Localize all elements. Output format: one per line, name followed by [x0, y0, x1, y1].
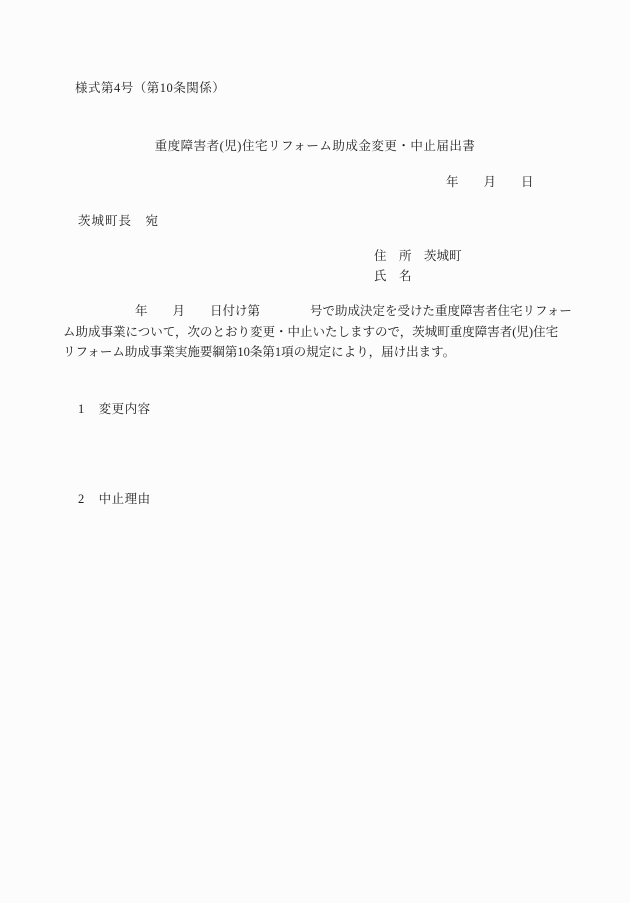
body-line-3: リフォーム助成事業実施要綱第10条第1項の規定により，届け出ます。 [63, 342, 575, 363]
body-line-2: ム助成事業について，次のとおり変更・中止いたしますので，茨城町重度障害者(児)住… [63, 322, 575, 343]
section-1-heading: 変更内容 [99, 402, 151, 416]
body-line-1: 年 月 日付け第 号で助成決定を受けた重度障害者住宅リフォー [63, 301, 575, 322]
body-paragraph: 年 月 日付け第 号で助成決定を受けた重度障害者住宅リフォー ム助成事業について… [63, 301, 575, 363]
section-2-number: 2 [78, 492, 95, 507]
addressee-line: 茨城町長 宛 [78, 211, 159, 229]
document-page: 様式第4号（第10条関係） 重度障害者(児)住宅リフォーム助成金変更・中止届出書… [0, 0, 630, 903]
applicant-name-line: 氏 名 [374, 266, 462, 286]
form-number: 様式第4号（第10条関係） [75, 78, 225, 96]
section-2-heading: 中止理由 [99, 492, 151, 506]
section-change-details: 1 変更内容 [78, 399, 151, 417]
applicant-block: 住 所 茨城町 氏 名 [374, 246, 462, 286]
section-1-number: 1 [78, 402, 95, 417]
section-cancellation-reason: 2 中止理由 [78, 489, 151, 507]
date-line: 年 月 日 [446, 172, 534, 190]
applicant-address-line: 住 所 茨城町 [374, 246, 462, 266]
document-title: 重度障害者(児)住宅リフォーム助成金変更・中止届出書 [0, 136, 630, 154]
